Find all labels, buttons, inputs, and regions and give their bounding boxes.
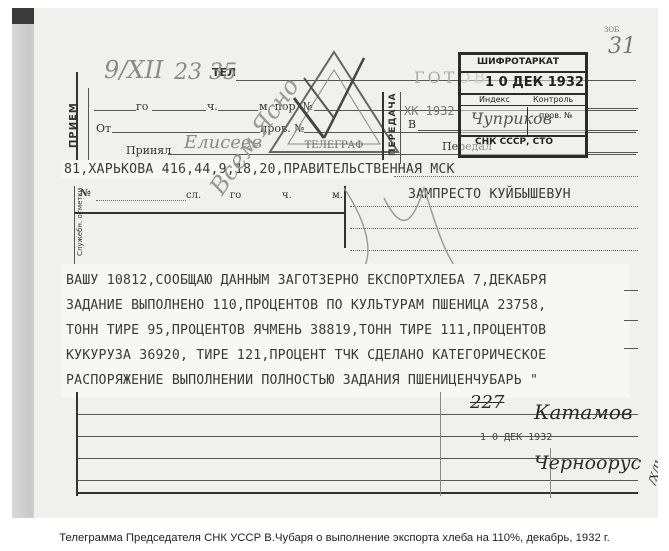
triangle-stamp-text: ТЕЛЕГРАФ <box>305 140 364 151</box>
handwritten-strokes <box>334 178 474 278</box>
stamp-field-control: Контроль <box>533 95 573 104</box>
stamp-field-index: Индекс <box>479 95 510 104</box>
right-line-2 <box>588 130 638 131</box>
archive-page-number: 31 <box>608 34 636 59</box>
prinyal-label: Принял <box>126 144 171 157</box>
right-line-3 <box>588 152 638 153</box>
tape-1-dots <box>394 176 638 177</box>
message-line-3: ТОНН ТИРЕ 95,ПРОЦЕНТОВ ЯЧМЕНЬ 38819,ТОНН… <box>66 318 626 343</box>
peredacha-inner <box>400 92 401 164</box>
stamp-date: 1 0 ДЕК 1932 <box>485 75 584 90</box>
scanned-telegram: ЗОБ 31 ПРИЕМ ТЕЛ го ч. м. пор. № От пров… <box>12 8 658 518</box>
handwritten-time: 23 35 <box>174 60 237 85</box>
message-line-4: КУКУРУЗА 36920, ТИРЕ 121,ПРОЦЕНТ ТЧК СДЕ… <box>66 343 626 368</box>
bottom-divider-1 <box>440 392 441 496</box>
ot-label: От <box>96 122 111 135</box>
bottom-line-2 <box>78 436 638 437</box>
message-body: ВАШУ 10812,СООБЩАЮ ДАННЫМ ЗАГОТЗЕРНО ЕКС… <box>62 264 630 398</box>
bottom-line-5 <box>78 492 638 494</box>
margin-dash-2 <box>624 320 638 321</box>
service-notes-label: Служебн. отметки <box>76 188 84 256</box>
kh-1932: ХК 1932 <box>404 104 455 118</box>
sl-label: сл. <box>186 190 201 201</box>
priem-inner-border <box>88 88 89 164</box>
go-line <box>94 110 136 111</box>
image-caption: Телеграмма Председателя СНК УССР В.Чубар… <box>0 532 669 544</box>
archive-label: ЗОБ <box>604 26 619 34</box>
bottom-line-4 <box>78 480 638 481</box>
go-label: го <box>136 100 148 113</box>
stamp-header: ШИФРОТАРКАТ <box>477 57 559 67</box>
no-dots <box>96 200 186 201</box>
num-row-bottom <box>74 212 344 214</box>
ch-line <box>152 110 206 111</box>
peredacha-border <box>382 92 384 164</box>
ch2-label: ч. <box>282 190 292 201</box>
bottom-date-stamp: 1 0 ДЕК 1932 <box>480 432 552 443</box>
section-peredacha-label: ПЕРЕДАЧА <box>388 92 398 156</box>
message-line-2: ЗАДАНИЕ ВЫПОЛНЕНО 110,ПРОЦЕНТОВ ПО КУЛЬТ… <box>66 293 626 318</box>
margin-dash-1 <box>624 290 638 291</box>
ch-label: ч. <box>207 100 218 113</box>
stamp-footer: СНК СССР, СТО <box>475 137 553 147</box>
telegram-form: ЗОБ 31 ПРИЕМ ТЕЛ го ч. м. пор. № От пров… <box>34 8 658 518</box>
right-line-1 <box>588 108 638 109</box>
v-label: В <box>408 118 416 131</box>
section-priem-label: ПРИЕМ <box>68 102 79 148</box>
signature-chernoorus: Черноорус <box>534 452 641 474</box>
signature-suffix: /X/II <box>646 459 658 486</box>
signature-katamov: Катамов <box>534 400 633 424</box>
message-line-5: РАСПОРЯЖЕНИЕ ВЫПОЛНЕНИИ ПОЛНОСТЬЮ ЗАДАНИ… <box>66 368 626 393</box>
handwritten-date: 9/XII <box>104 56 163 84</box>
message-line-1: ВАШУ 10812,СООБЩАЮ ДАННЫМ ЗАГОТЗЕРНО ЕКС… <box>66 268 626 293</box>
margin-dash-3 <box>624 348 638 349</box>
handwritten-number: 227 <box>470 392 504 413</box>
num-row-border <box>74 186 75 212</box>
box-stamp: ШИФРОТАРКАТ 1 0 ДЕК 1932 Индекс Контроль… <box>458 52 588 158</box>
service-border <box>74 214 75 264</box>
m-line <box>218 110 258 111</box>
stamp-signature: Чуприков <box>471 109 552 128</box>
